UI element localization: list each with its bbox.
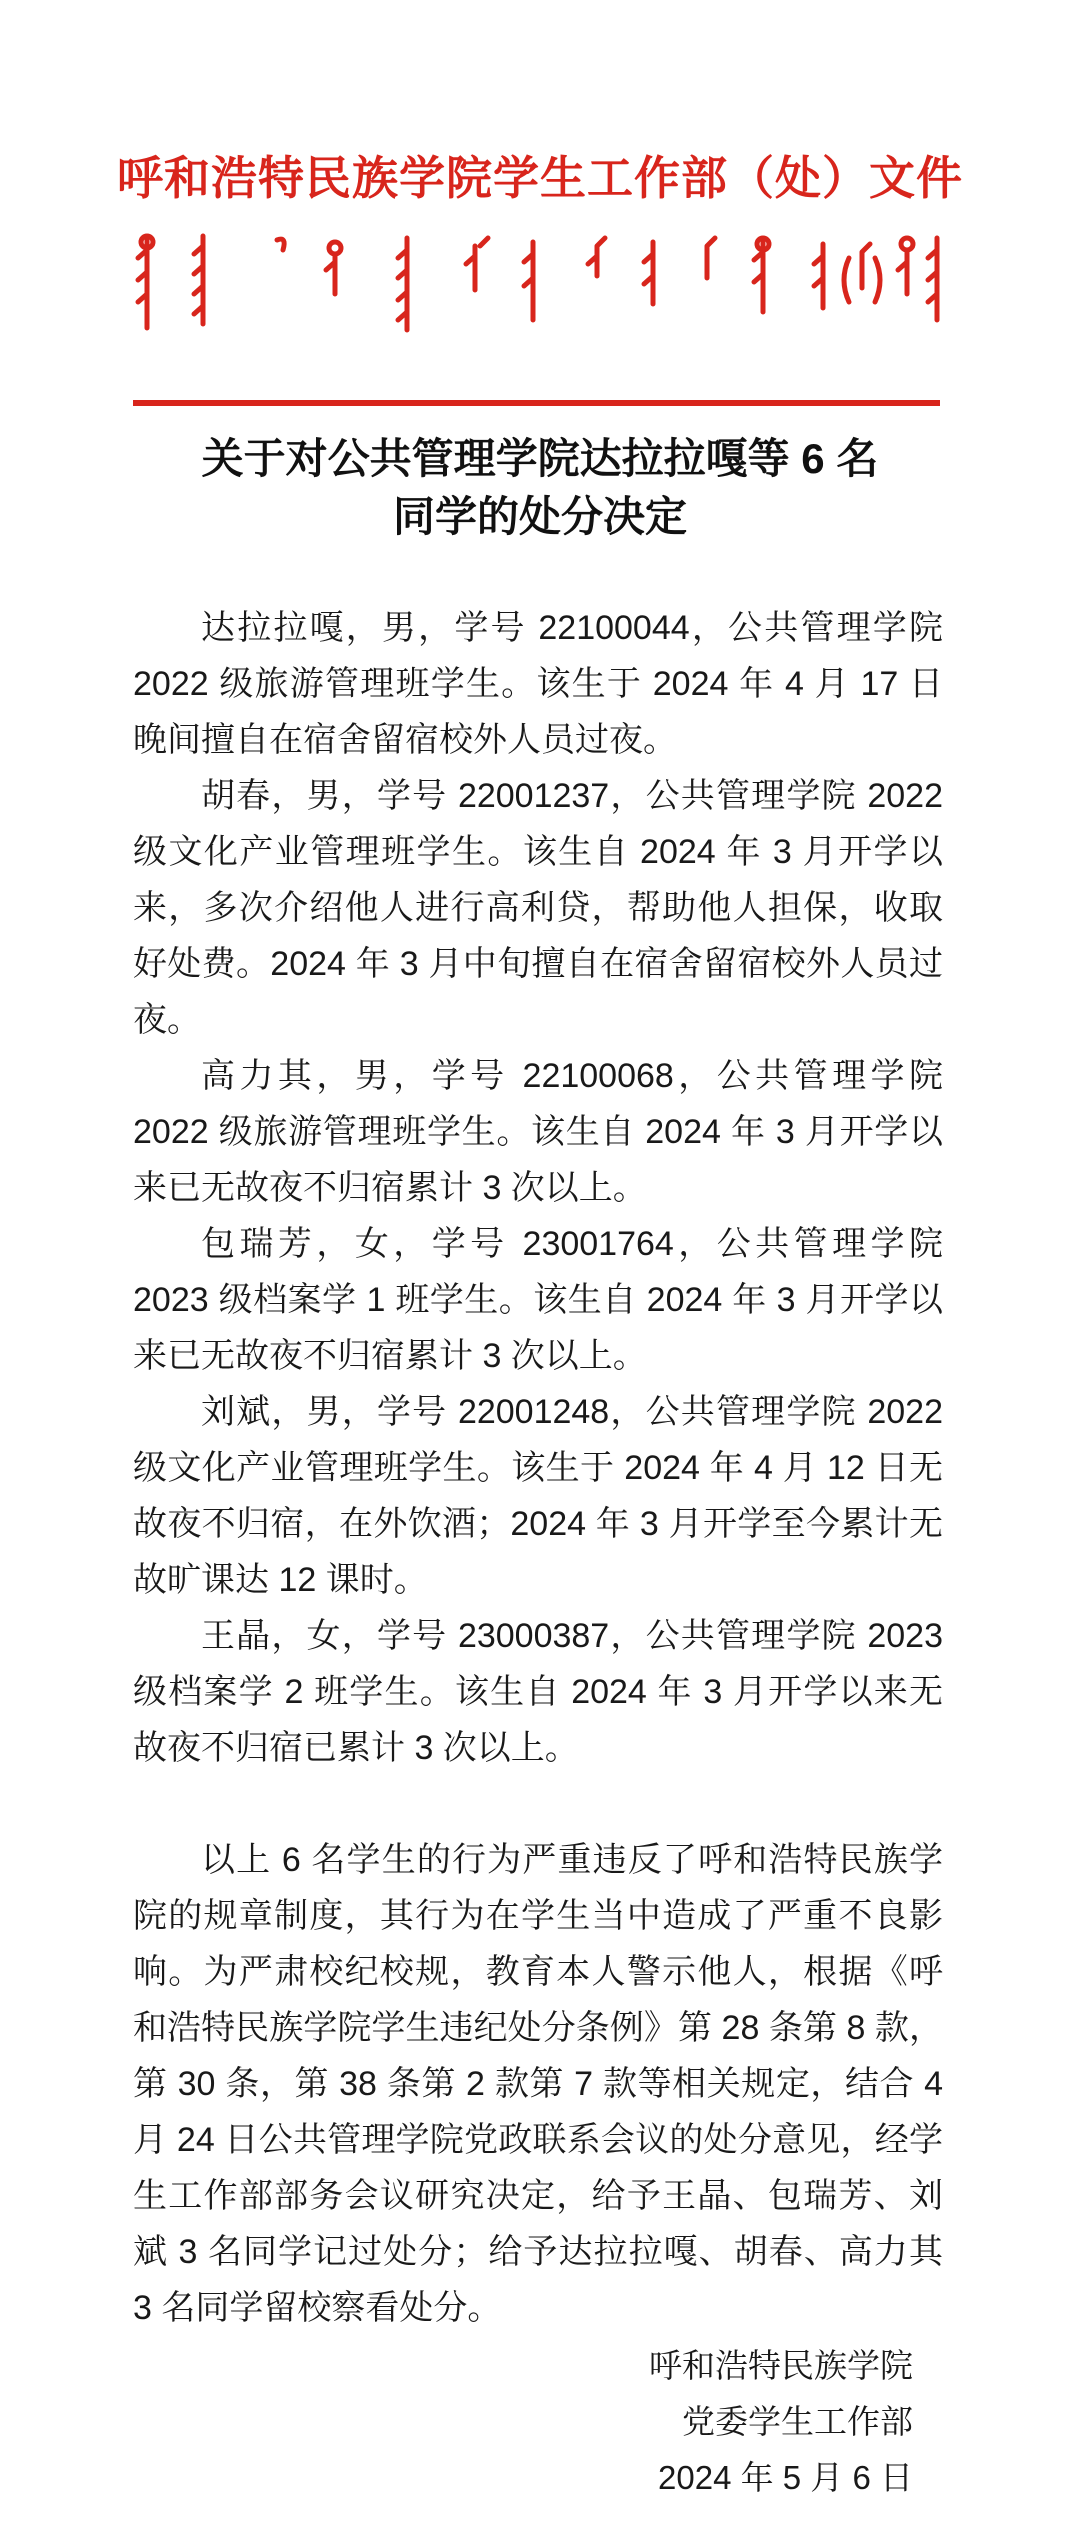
mongolian-script-icon [135, 232, 945, 336]
document-page: 呼和浩特民族学院学生工作部（处）文件 [0, 0, 1080, 2536]
body-paragraph-dalalaga: 达拉拉嘎，男，学号 22100044，公共管理学院 2022 级旅游管理班学生。… [133, 600, 943, 768]
body-paragraph-gaoliqi: 高力其，男，学号 22100068，公共管理学院 2022 级旅游管理班学生。该… [133, 1048, 943, 1216]
document-title-line2: 同学的处分决定 [0, 488, 1080, 546]
body-paragraph-decision: 以上 6 名学生的行为严重违反了呼和浩特民族学院的规章制度，其行为在学生当中造成… [133, 1832, 943, 2336]
signature-date: 2024 年 5 月 6 日 [133, 2450, 913, 2506]
signature-dept: 党委学生工作部 [133, 2394, 913, 2450]
document-body: 达拉拉嘎，男，学号 22100044，公共管理学院 2022 级旅游管理班学生。… [133, 600, 943, 2336]
signature-org: 呼和浩特民族学院 [133, 2338, 913, 2394]
signature-block: 呼和浩特民族学院 党委学生工作部 2024 年 5 月 6 日 [133, 2338, 943, 2506]
document-title: 关于对公共管理学院达拉拉嘎等 6 名 同学的处分决定 [0, 430, 1080, 546]
body-paragraph-baoruifang: 包瑞芳，女，学号 23001764，公共管理学院 2023 级档案学 1 班学生… [133, 1216, 943, 1384]
mongolian-script-row [0, 232, 1080, 336]
document-title-line1: 关于对公共管理学院达拉拉嘎等 6 名 [0, 430, 1080, 488]
red-divider-rule [133, 400, 940, 406]
body-paragraph-wangjing: 王晶，女，学号 23000387，公共管理学院 2023 级档案学 2 班学生。… [133, 1608, 943, 1776]
body-paragraph-huchun: 胡春，男，学号 22001237，公共管理学院 2022 级文化产业管理班学生。… [133, 768, 943, 1048]
body-paragraph-liubin: 刘斌，男，学号 22001248，公共管理学院 2022 级文化产业管理班学生。… [133, 1384, 943, 1608]
letterhead-org-title: 呼和浩特民族学院学生工作部（处）文件 [0, 0, 1080, 206]
